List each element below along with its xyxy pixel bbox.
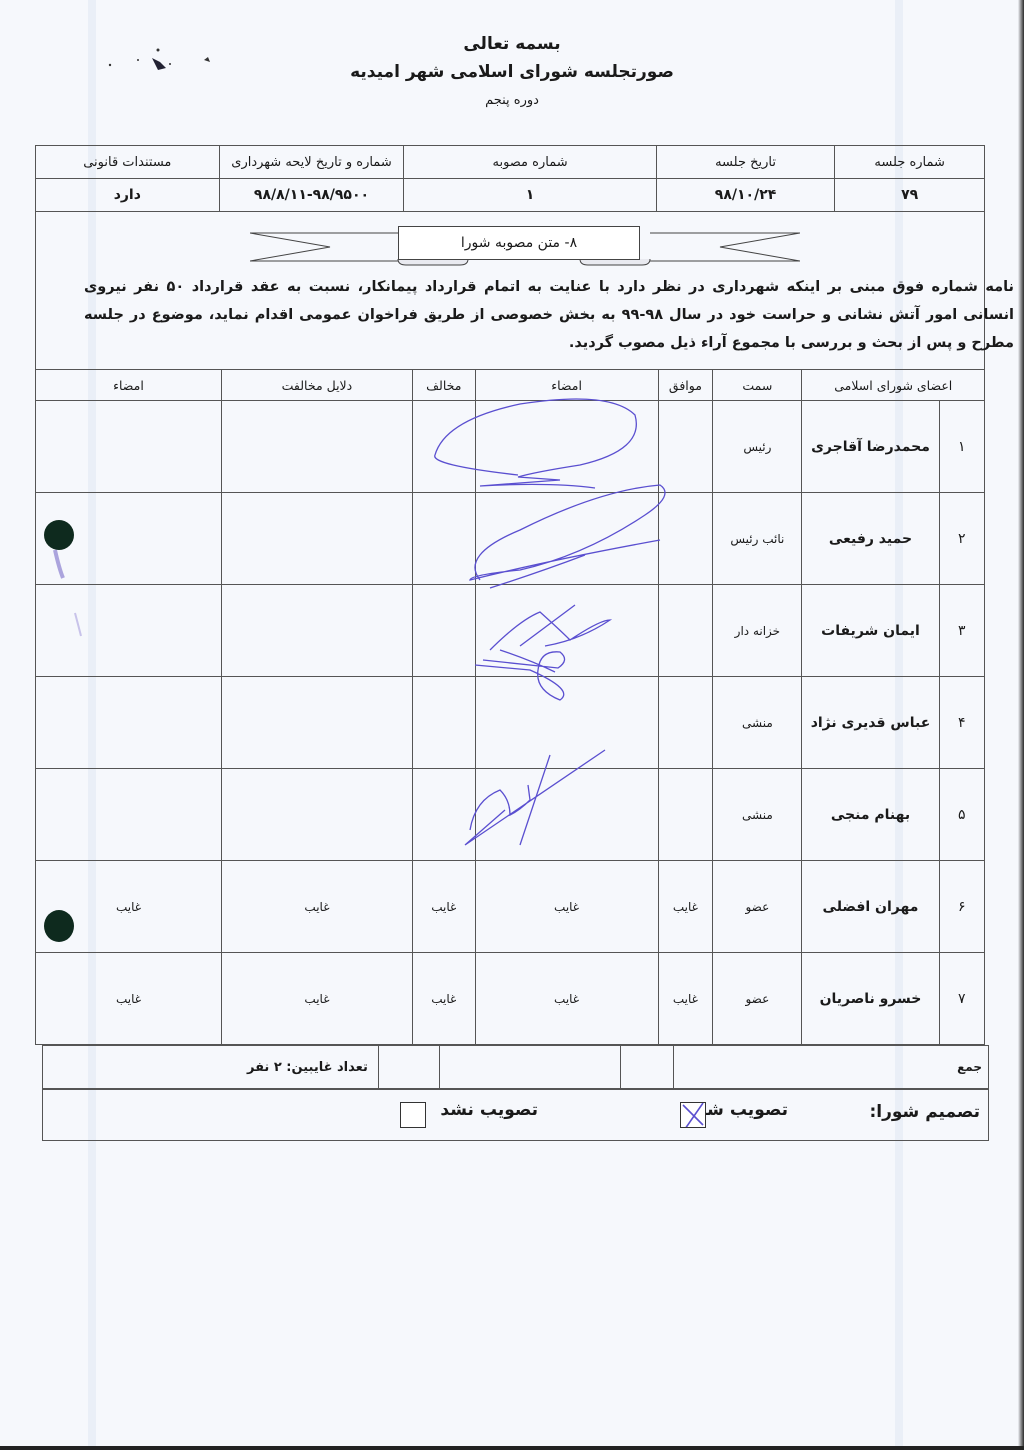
member-row: ۷ خسرو ناصریان عضو غایب غایب غایب غایب غ… [36, 953, 985, 1045]
member-oppose: غایب [412, 953, 475, 1045]
resolution-number: ۱ [404, 179, 656, 212]
member-name: بهنام منجی [802, 769, 939, 861]
rejected-checkbox[interactable] [400, 1102, 426, 1128]
page-edge [0, 1446, 1024, 1450]
document-subtitle: دوره پنجم [0, 93, 1024, 108]
absentee-count: تعداد غایبین: ۲ نفر [43, 1046, 379, 1089]
council-decision-section: تصمیم شورا: تصویب شد تصویب نشد [42, 1089, 989, 1141]
header-members: اعضای شورای اسلامی [802, 370, 985, 401]
member-role: رئیس [713, 401, 802, 493]
resolution-title: ۸- متن مصوبه شورا [398, 226, 640, 260]
legal-documents: دارد [36, 179, 220, 212]
member-name: محمدرضا آقاجری [802, 401, 939, 493]
document-title: صورتجلسه شورای اسلامی شهر امیدیه [0, 62, 1024, 82]
member-signature-2 [36, 677, 222, 769]
member-number: ۵ [939, 769, 985, 861]
check-x-mark-icon [681, 1103, 705, 1127]
session-number: ۷۹ [835, 179, 985, 212]
member-number: ۲ [939, 493, 985, 585]
member-reasons [221, 493, 412, 585]
member-name: خسرو ناصریان [802, 953, 939, 1045]
member-number: ۷ [939, 953, 985, 1045]
summary-table: جمع تعداد غایبین: ۲ نفر [42, 1045, 989, 1089]
resolution-text: نامه شماره فوق مبنی بر اینکه شهرداری در … [84, 273, 1014, 357]
signature-scribbles [410, 390, 690, 870]
member-reasons: غایب [221, 953, 412, 1045]
member-agree: غایب [658, 861, 713, 953]
header-resolution-number: شماره مصوبه [404, 146, 656, 179]
member-reasons [221, 677, 412, 769]
decision-label: تصمیم شورا: [869, 1102, 980, 1122]
member-number: ۶ [939, 861, 985, 953]
summary-label: جمع [674, 1046, 989, 1089]
member-oppose: غایب [412, 861, 475, 953]
session-date: ۹۸/۱۰/۲۴ [656, 179, 835, 212]
member-signature-2: غایب [36, 953, 222, 1045]
member-reasons [221, 769, 412, 861]
member-reasons [221, 585, 412, 677]
member-role: منشی [713, 769, 802, 861]
session-info-header-row: شماره جلسه تاریخ جلسه شماره مصوبه شماره … [36, 146, 985, 179]
member-role: خزانه دار [713, 585, 802, 677]
member-signature: غایب [475, 861, 658, 953]
header-session-number: شماره جلسه [835, 146, 985, 179]
rejected-label: تصویب نشد [440, 1100, 538, 1120]
summary-signature-blank [440, 1046, 620, 1089]
approved-checkbox[interactable] [680, 1102, 706, 1128]
session-info-table: شماره جلسه تاریخ جلسه شماره مصوبه شماره … [35, 145, 985, 212]
member-name: عباس قدیری نژاد [802, 677, 939, 769]
member-name: مهران افضلی [802, 861, 939, 953]
header-signature-2: امضاء [36, 370, 222, 401]
member-signature: غایب [475, 953, 658, 1045]
header-session-date: تاریخ جلسه [656, 146, 835, 179]
member-name: ایمان شریفات [802, 585, 939, 677]
session-info-value-row: ۷۹ ۹۸/۱۰/۲۴ ۱ ۹۸/۸/۱۱-۹۸/۹۵۰۰ دارد [36, 179, 985, 212]
member-name: حمید رفیعی [802, 493, 939, 585]
bill-number-date: ۹۸/۸/۱۱-۹۸/۹۵۰۰ [219, 179, 404, 212]
summary-row: جمع تعداد غایبین: ۲ نفر [43, 1046, 989, 1089]
member-signature-2 [36, 769, 222, 861]
header-role: سمت [713, 370, 802, 401]
member-role: منشی [713, 677, 802, 769]
header-bill-number-date: شماره و تاریخ لایحه شهرداری [219, 146, 404, 179]
member-number: ۴ [939, 677, 985, 769]
header-opposition-reasons: دلایل مخالفت [221, 370, 412, 401]
header-legal-documents: مستندات قانونی [36, 146, 220, 179]
summary-agree-total [620, 1046, 674, 1089]
hole-punch-mark [44, 520, 74, 550]
page-edge [1018, 0, 1024, 1450]
member-row: ۶ مهران افضلی عضو غایب غایب غایب غایب غا… [36, 861, 985, 953]
member-signature-2 [36, 401, 222, 493]
member-role: عضو [713, 953, 802, 1045]
summary-oppose-total [378, 1046, 439, 1089]
member-number: ۱ [939, 401, 985, 493]
approved-label: تصویب شد [697, 1100, 788, 1120]
member-reasons [221, 401, 412, 493]
member-role: عضو [713, 861, 802, 953]
member-reasons: غایب [221, 861, 412, 953]
document-heading: بسمه تعالی [0, 34, 1024, 54]
member-agree: غایب [658, 953, 713, 1045]
member-number: ۳ [939, 585, 985, 677]
member-role: نائب رئیس [713, 493, 802, 585]
hole-punch-mark [44, 910, 74, 942]
ink-smudge [45, 548, 85, 638]
